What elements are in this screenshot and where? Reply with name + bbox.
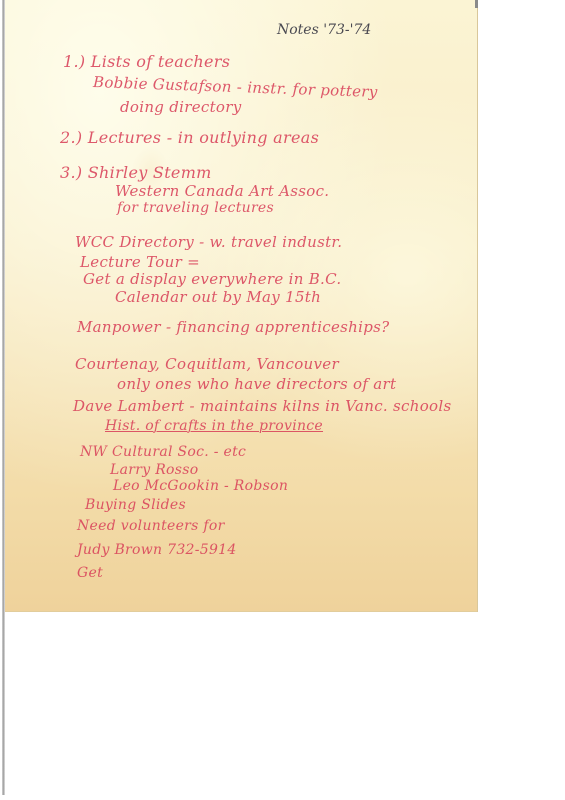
note-line-directors-of-art: only ones who have directors of art bbox=[117, 375, 396, 393]
handwritten-note-paper: Notes '73-'74 1.) Lists of teachers Bobb… bbox=[5, 0, 478, 612]
note-line-manpower: Manpower - financing apprenticeships? bbox=[77, 318, 389, 336]
note-line-western-canada-art: Western Canada Art Assoc. bbox=[115, 182, 329, 200]
scanned-page: Notes '73-'74 1.) Lists of teachers Bobb… bbox=[0, 0, 565, 800]
note-line-judy-brown: Judy Brown 732-5914 bbox=[77, 542, 237, 558]
note-line-nw-cultural: NW Cultural Soc. - etc bbox=[80, 444, 246, 460]
note-line-need-volunteers: Need volunteers for bbox=[77, 518, 225, 534]
note-line-buying-slides: Buying Slides bbox=[85, 497, 186, 513]
header-note: Notes '73-'74 bbox=[277, 22, 371, 38]
note-line-history-of-crafts: Hist. of crafts in the province bbox=[105, 418, 323, 434]
note-line-get: Get bbox=[77, 565, 103, 581]
note-line-leo-mcgookin: Leo McGookin - Robson bbox=[113, 478, 288, 494]
note-line-dave-lambert: Dave Lambert - maintains kilns in Vanc. … bbox=[73, 397, 451, 415]
note-line-doing-directory: doing directory bbox=[120, 98, 242, 116]
note-line-cities: Courtenay, Coquitlam, Vancouver bbox=[75, 355, 339, 373]
note-line-shirley-stemm: 3.) Shirley Stemm bbox=[60, 163, 212, 182]
note-line-larry-rosso: Larry Rosso bbox=[110, 462, 198, 478]
note-line-display: Get a display everywhere in B.C. bbox=[83, 270, 341, 288]
note-line-traveling-lectures: for traveling lectures bbox=[117, 200, 274, 216]
note-line-lectures: 2.) Lectures - in outlying areas bbox=[60, 128, 319, 147]
note-line-wcc-directory: WCC Directory - w. travel industr. bbox=[75, 233, 342, 251]
note-line-calendar: Calendar out by May 15th bbox=[115, 288, 321, 306]
paper-corner-shadow bbox=[475, 0, 478, 8]
note-line-lists-of-teachers: 1.) Lists of teachers bbox=[63, 52, 230, 71]
note-line-gustafson: Bobbie Gustafson - instr. for pottery bbox=[93, 73, 378, 101]
note-line-lecture-tour: Lecture Tour = bbox=[80, 253, 200, 271]
